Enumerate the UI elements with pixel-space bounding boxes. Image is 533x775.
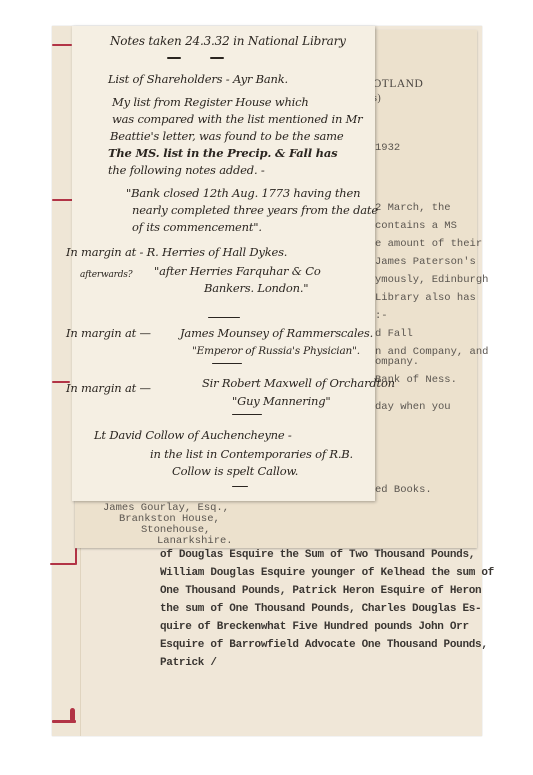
note-line: James Mounsey of Rammerscales. — [180, 326, 373, 340]
note-line: In margin at - R. Herries of Hall Dykes. — [66, 245, 287, 259]
letter-date: 1932 — [375, 142, 400, 154]
note-line: the following notes added. - — [108, 163, 265, 177]
note-line: The MS. list in the Precip. & Fall has — [108, 146, 337, 160]
letter-line: ymously, Edinburgh — [375, 274, 488, 286]
typescript-line: Patrick / — [160, 657, 217, 669]
binding-thread-lower — [50, 563, 76, 565]
binding-thread-mid — [52, 199, 74, 201]
binding-thread-lower-vert — [75, 548, 77, 565]
note-quote: of its commencement". — [132, 220, 262, 234]
letter-line: 2 March, the — [375, 202, 451, 214]
letter-line: Library also has — [375, 292, 476, 304]
note-quote: "Guy Mannering" — [232, 394, 331, 408]
letter-header: OTLAND — [373, 78, 423, 90]
separator-mark — [212, 363, 242, 364]
note-line: in the list in Contemporaries of R.B. — [150, 447, 353, 461]
letter-line: contains a MS — [375, 220, 457, 232]
typescript-line: quire of Breckenwhat Five Hundred pounds… — [160, 621, 469, 633]
note-line: Beattie's letter, was found to be the sa… — [110, 129, 343, 143]
binding-thread-knot-tail — [70, 708, 75, 722]
typescript-line: Esquire of Barrowfield Advocate One Thou… — [160, 639, 488, 651]
note-quote: Bankers. London." — [204, 281, 308, 295]
typescript-line: One Thousand Pounds, Patrick Heron Esqui… — [160, 585, 481, 597]
underline-mark — [167, 57, 181, 59]
binding-thread-top — [52, 44, 72, 46]
note-line: In margin at — — [66, 381, 151, 395]
note-quote: "Bank closed 12th Aug. 1773 having then — [126, 186, 360, 200]
note-line: Sir Robert Maxwell of Orchardton — [202, 376, 395, 390]
typescript-line: William Douglas Esquire younger of Kelhe… — [160, 567, 494, 579]
underline-mark — [210, 57, 224, 59]
letter-line: e amount of their — [375, 238, 482, 250]
letter-line: day when you — [375, 401, 451, 413]
note-line: List of Shareholders - Ayr Bank. — [108, 72, 288, 86]
note-quote: "after Herries Farquhar & Co — [154, 264, 321, 278]
letter-line: d Fall — [375, 328, 413, 340]
tilde-mark — [232, 486, 248, 487]
separator-mark — [208, 317, 240, 318]
note-quote: "Emperor of Russia's Physician". — [192, 345, 360, 357]
note-line: Lt David Collow of Auchencheyne - — [94, 428, 292, 442]
note-line: In margin at — — [66, 326, 151, 340]
letter-line: ompany. — [375, 356, 419, 368]
handwritten-note: Notes taken 24.3.32 in National Library … — [72, 26, 375, 501]
typescript-line: of Douglas Esquire the Sum of Two Thousa… — [160, 549, 475, 561]
letter-line: James Paterson's — [375, 256, 476, 268]
typescript-line: the sum of One Thousand Pounds, Charles … — [160, 603, 481, 615]
note-line: Collow is spelt Callow. — [172, 464, 298, 478]
letter-line: :- — [375, 310, 388, 322]
note-line: My list from Register House which — [112, 95, 309, 109]
letter-line: ed Books. — [375, 484, 432, 496]
note-quote: nearly completed three years from the da… — [132, 203, 378, 217]
note-aside: afterwards? — [80, 270, 132, 280]
address-line: Lanarkshire. — [157, 535, 233, 547]
note-heading: Notes taken 24.3.32 in National Library — [110, 34, 346, 48]
separator-mark — [232, 414, 262, 415]
note-line: was compared with the list mentioned in … — [112, 112, 362, 126]
